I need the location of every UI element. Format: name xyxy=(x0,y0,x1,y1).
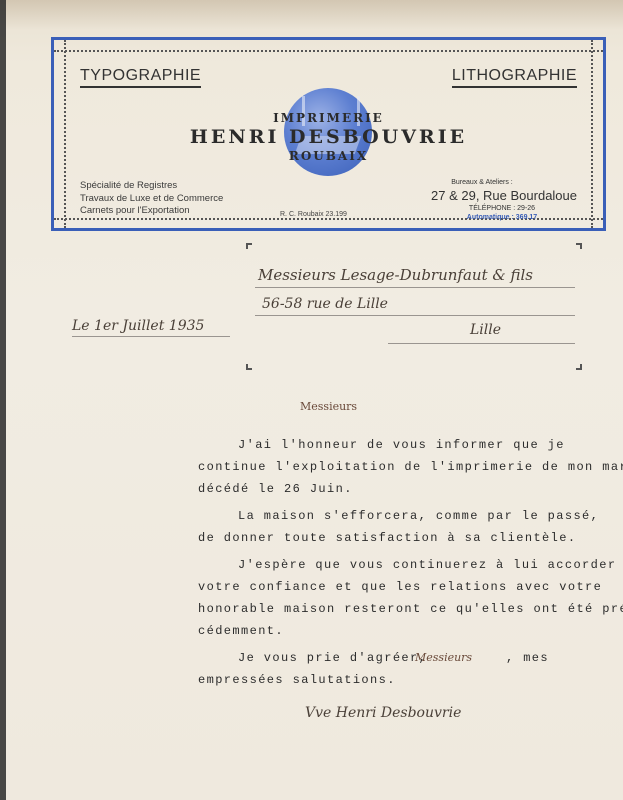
telephone: TÉLÉPHONE : 29-26 xyxy=(377,204,577,213)
recipient-line-3: Lille xyxy=(470,322,501,338)
company-line-3: ROUBAIX xyxy=(54,148,603,164)
body-line: cédemment. xyxy=(198,624,284,638)
dotted-rule-top xyxy=(54,50,603,52)
letter-date: Le 1er Juillet 1935 xyxy=(72,318,204,334)
date-rule xyxy=(72,336,230,337)
company-name: IMPRIMERIE HENRI DESBOUVRIE ROUBAIX xyxy=(54,110,603,164)
automatique-number: Automatique : 369.17 xyxy=(377,213,577,222)
address-block: Bureaux & Ateliers : 27 & 29, Rue Bourda… xyxy=(377,178,577,222)
paper-stain xyxy=(0,0,623,30)
corner-mark xyxy=(246,364,252,370)
body-line: empressées salutations. xyxy=(198,673,396,687)
typographie-title: TYPOGRAPHIE xyxy=(80,67,201,88)
body-line: votre confiance et que les relations ave… xyxy=(198,580,602,594)
signature: Vve Henri Desbouvrie xyxy=(305,705,461,721)
body-line: de donner toute satisfaction à sa client… xyxy=(198,531,576,545)
handwritten-salutation: Messieurs xyxy=(415,651,472,664)
company-line-1: IMPRIMERIE xyxy=(54,110,603,126)
corner-mark xyxy=(576,243,582,249)
salutation: Messieurs xyxy=(300,400,357,413)
body-line: Je vous prie d'agréer, xyxy=(238,651,427,665)
specialty: Travaux de Luxe et de Commerce xyxy=(80,193,223,206)
address-label: Bureaux & Ateliers : xyxy=(377,178,577,188)
registry-number: R. C. Roubaix 23.199 xyxy=(280,211,347,218)
body-line: honorable maison resteront ce qu'elles o… xyxy=(198,602,623,616)
recipient-line-2: 56-58 rue de Lille xyxy=(262,296,388,312)
specialty: Carnets pour l'Exportation xyxy=(80,205,223,218)
corner-mark xyxy=(576,364,582,370)
lithographie-title: LITHOGRAPHIE xyxy=(452,67,577,88)
recipient-line-1: Messieurs Lesage-Dubrunfaut & fils xyxy=(258,266,533,284)
address-rule xyxy=(255,315,575,316)
specialties-list: Spécialité de Registres Travaux de Luxe … xyxy=(80,180,223,218)
street-address: 27 & 29, Rue Bourdaloue xyxy=(377,188,577,204)
address-rule xyxy=(388,343,575,344)
letterhead: TYPOGRAPHIE LITHOGRAPHIE IMPRIMERIE HENR… xyxy=(51,37,606,231)
body-line: La maison s'efforcera, comme par le pass… xyxy=(238,509,599,523)
body-line: J'ai l'honneur de vous informer que je xyxy=(238,438,565,452)
specialty: Spécialité de Registres xyxy=(80,180,223,193)
body-line: J'espère que vous continuerez à lui acco… xyxy=(238,558,616,572)
body-line: décédé le 26 Juin. xyxy=(198,482,353,496)
letter-body: J'ai l'honneur de vous informer que je c… xyxy=(0,0,17,238)
corner-mark xyxy=(246,243,252,249)
body-line: , mes xyxy=(506,651,549,665)
address-rule xyxy=(255,287,575,288)
company-line-2: HENRI DESBOUVRIE xyxy=(54,126,603,148)
body-line: continue l'exploitation de l'imprimerie … xyxy=(198,460,623,474)
